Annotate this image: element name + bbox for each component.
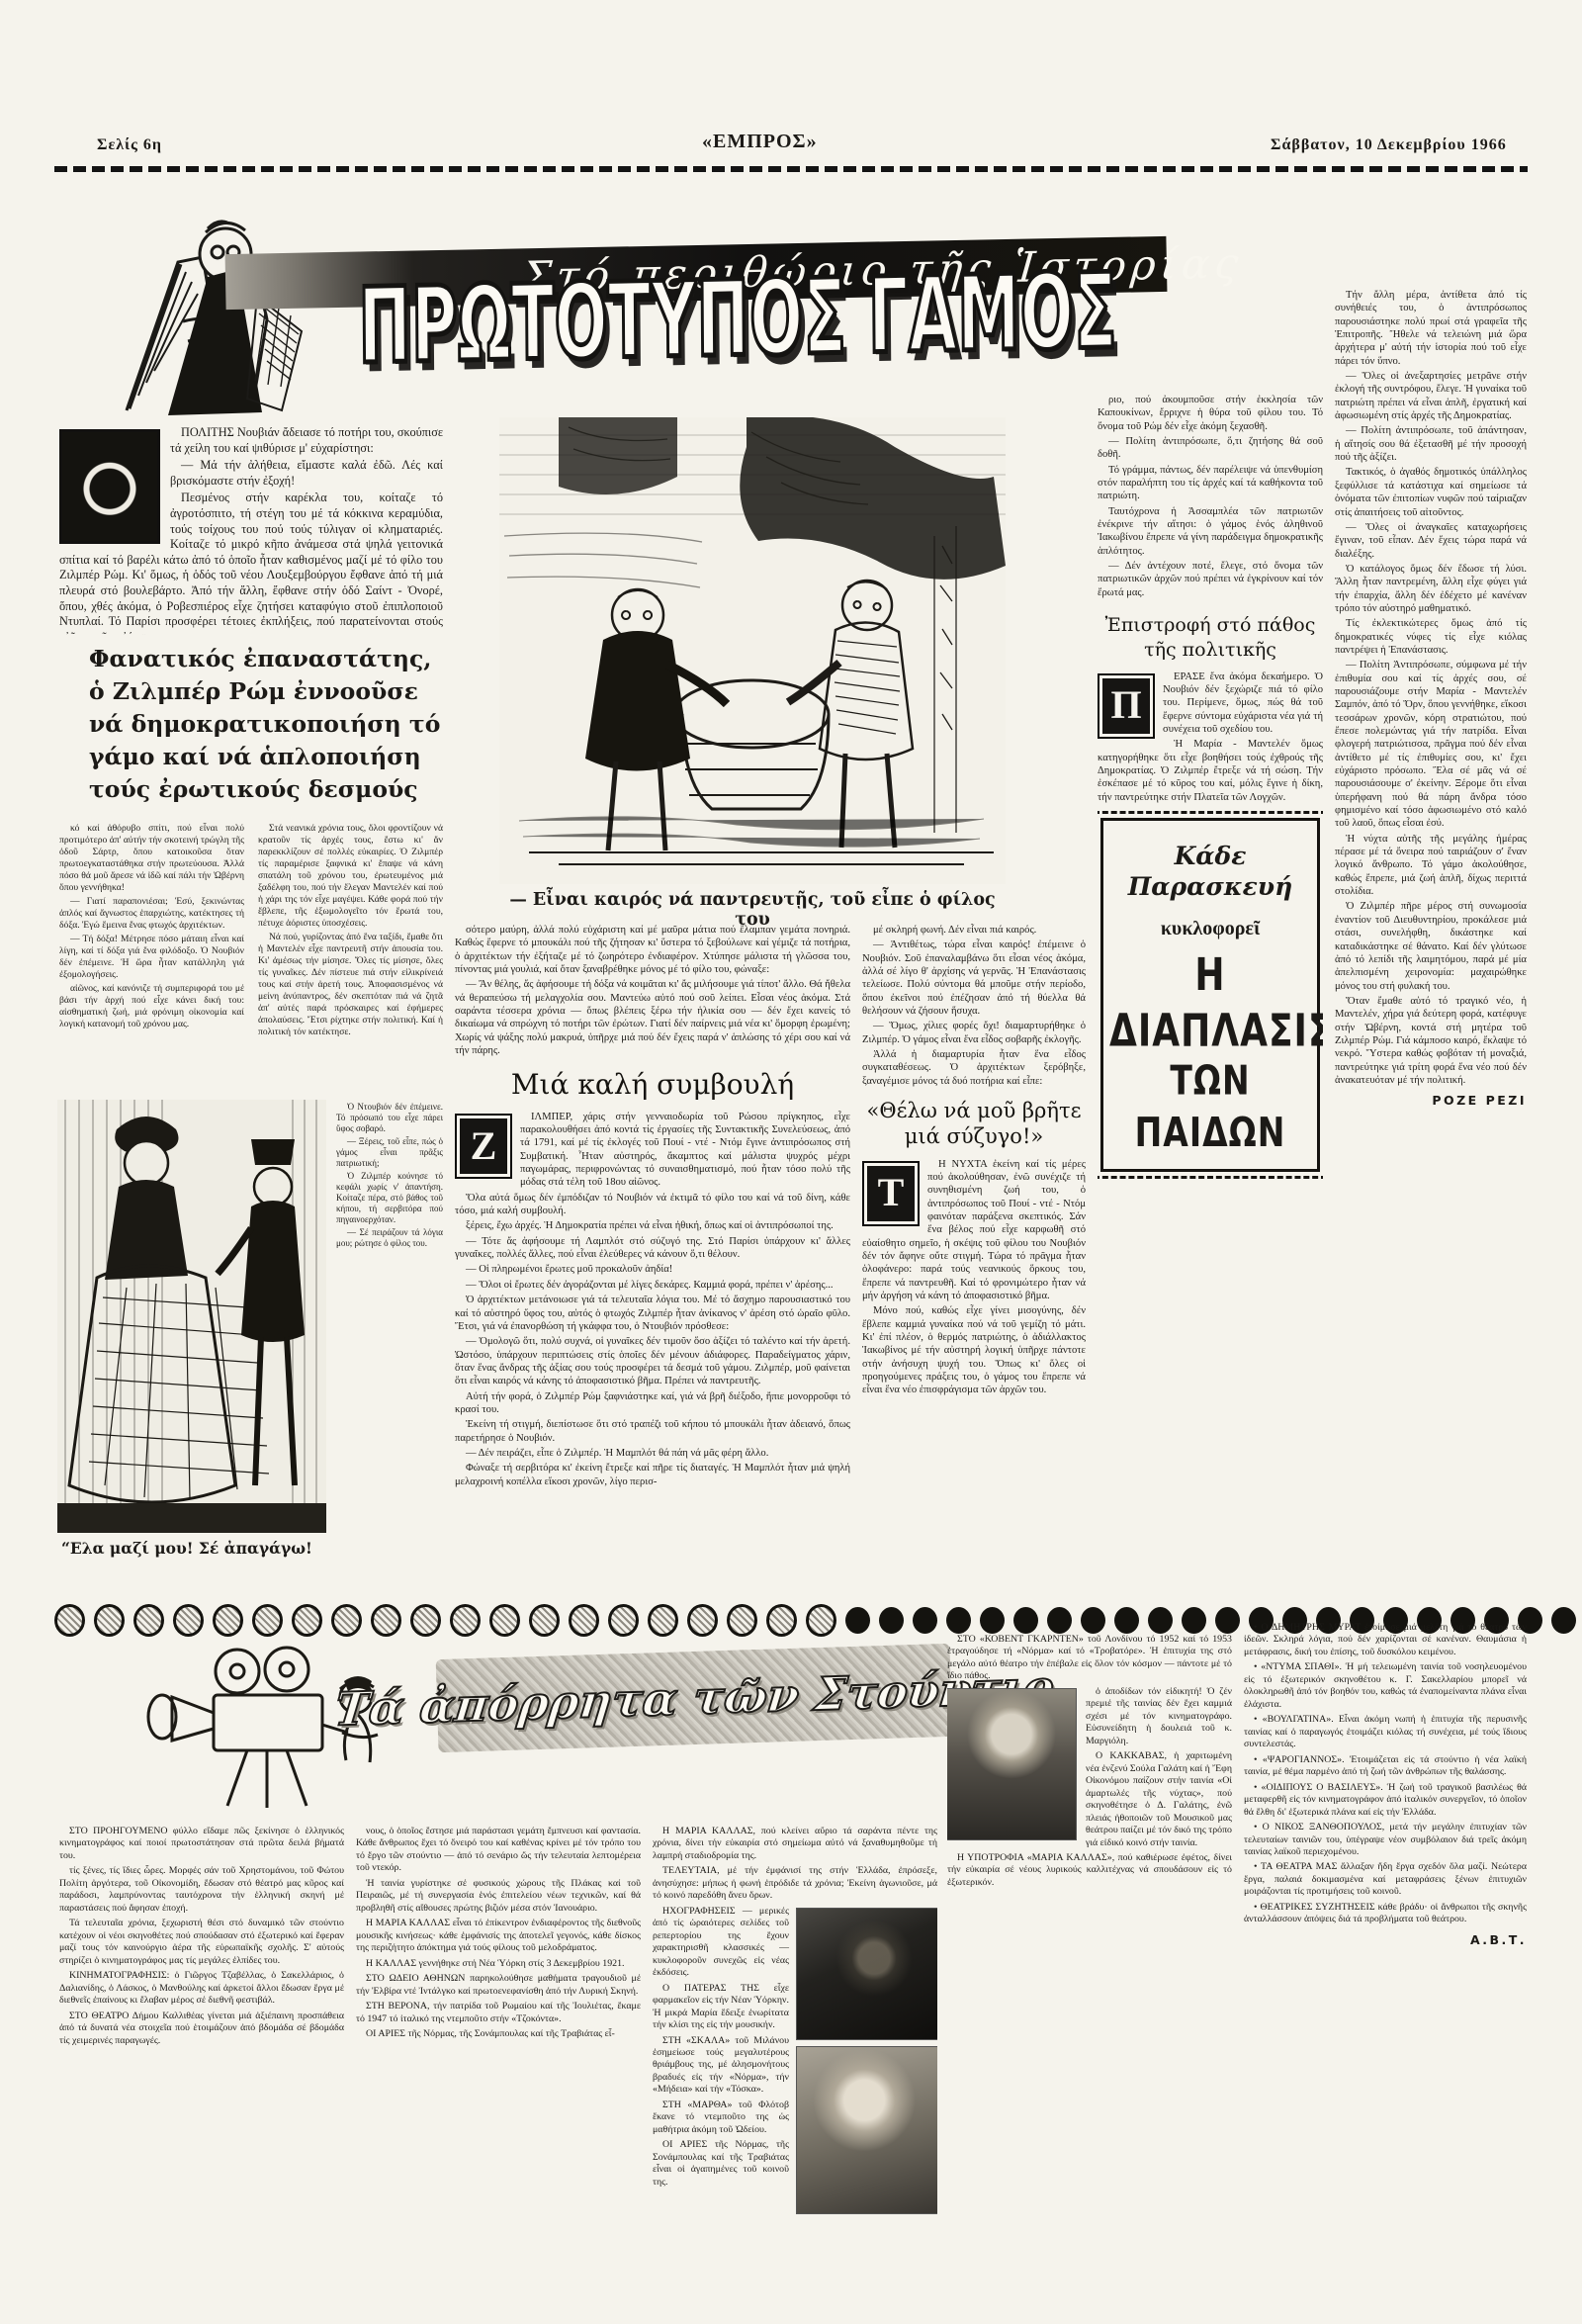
separator-dot [371, 1604, 401, 1637]
separator-dot [806, 1604, 836, 1637]
article-col3-top: μέ σκληρή φωνή. Δέν εἶναι πιά καιρός.— Ἀ… [862, 924, 1086, 1088]
subhead-politics: Ἐπιστροφή στό πάθος τῆς πολιτικῆς [1098, 613, 1323, 662]
main-headline-text: ΠΡΩΤΟΤΥΠΟΣ ΓΑΜΟΣ [358, 252, 990, 387]
dropcap-t: Τ [862, 1161, 920, 1226]
separator-dot [450, 1604, 481, 1637]
separator-dot [173, 1604, 204, 1637]
separator-dot [1215, 1607, 1240, 1634]
separator-dot [879, 1607, 904, 1634]
separator-dot [1013, 1607, 1038, 1634]
article-col1-side: Ὁ Ντουβιόν δέν ἐπέμεινε. Τό πρόσωπό του … [336, 1102, 443, 1533]
article-col2: σότερο μαύρη, ἀλλά πολύ εὐχάριστη καί μέ… [455, 924, 850, 1596]
studio-col3: Η ΜΑΡΙΑ ΚΑΛΛΑΣ, πού κλείνει αὔριο τά σαρ… [653, 1826, 937, 2306]
article-col5: Τήν ἄλλη μέρα, ἀντίθετα ἀπό τίς συνήθειέ… [1335, 289, 1527, 1584]
decorative-initial-block [59, 429, 160, 544]
studio-col3-text-a: Η ΜΑΡΙΑ ΚΑΛΛΑΣ, πού κλείνει αὔριο τά σαρ… [653, 1826, 937, 1903]
ad-line1: Κάδε Παρασκευή [1109, 841, 1311, 903]
separator-dot [608, 1604, 639, 1637]
studio-col5-text: • Ο ΔΗΜΗΤΡΗΣ ΜΥΡΑΤ ἑτοίμασε μιά μελέτη γ… [1244, 1622, 1527, 1926]
ad-line3: Η ΔΙΑΠΛΑΣΙΣ [1109, 948, 1311, 1060]
separator-dot [727, 1604, 757, 1637]
studio-col1: ΣΤΟ ΠΡΟΗΓΟΥΜΕΝΟ φύλλο εἴδαμε πῶς ξεκίνησ… [59, 1826, 344, 2306]
photo-soprano-portrait [797, 2047, 937, 2213]
subhead-advice: Μιά καλή συμβουλή [455, 1067, 850, 1102]
separator-dot [213, 1604, 243, 1637]
article-col3: μέ σκληρή φωνή. Δέν εἶναι πιά καιρός.— Ἀ… [862, 924, 1086, 1596]
separator-dot [252, 1604, 283, 1637]
couple-illustration [57, 1100, 326, 1533]
separator-dot [94, 1604, 125, 1637]
separator-dot [410, 1604, 441, 1637]
separator-dot [1047, 1607, 1072, 1634]
page-number-label: Σελίς 6η [97, 136, 162, 154]
separator-dot [1551, 1607, 1576, 1634]
article-col1-small: κό καί ἀθόρυβο σπίτι, πού εἶναι πολύ προ… [59, 823, 443, 1094]
separator-dot [946, 1607, 971, 1634]
separator-dot [766, 1604, 797, 1637]
article-col4: ριο, πού ἀκουμποῦσε στήν ἐκκλησία τῶν Κα… [1098, 394, 1323, 1596]
couple-caption: “Ελα μαζί μου! Σέ ἀπαγάγω! [61, 1539, 378, 1558]
separator-dot [1148, 1607, 1173, 1634]
separator-dot [292, 1604, 322, 1637]
article-col1: ΠΟΛΙΤΗΣ Νουβιάν ἄδειασε τό ποτήρι του, σ… [59, 425, 443, 635]
studio-byline: Α.Β.Τ. [1244, 1932, 1527, 1948]
separator-dot [687, 1604, 718, 1637]
date-label: Σάββατον, 10 Δεκεμβρίου 1966 [1271, 136, 1507, 154]
separator-dot [845, 1607, 870, 1634]
separator-dot [1182, 1607, 1206, 1634]
article-col2-top: σότερο μαύρη, ἀλλά πολύ εὐχάριστη καί μέ… [455, 924, 850, 1057]
studio-banner: Τά ἀπόρρητα τῶν Στούντιο [436, 1644, 953, 1752]
separator-dot [569, 1604, 599, 1637]
separator-dot [54, 1604, 85, 1637]
separator-dot [133, 1604, 164, 1637]
separator-dot [489, 1604, 520, 1637]
studio-col5: • Ο ΔΗΜΗΤΡΗΣ ΜΥΡΑΤ ἑτοίμασε μιά μελέτη γ… [1244, 1622, 1527, 2308]
masthead: «ΕΜΠΡΟΣ» [702, 131, 818, 153]
dropcap-p: Π [1098, 673, 1155, 739]
separator-dot [648, 1604, 678, 1637]
main-headline: ΠΡΩΤΟΤΥΠΟΣ ΓΑΜΟΣ [358, 265, 1109, 384]
separator-dot [529, 1604, 560, 1637]
separator-dot [1114, 1607, 1139, 1634]
ad-line2: κυκλοφορεῖ [1109, 917, 1311, 941]
studio-col2: νους, ὁ ὁποῖος ἔστησε μιά παράστασι γεμά… [356, 1826, 641, 2306]
subhead-wife: «Θέλω νά μοῦ βρῆτε μιά σύζυγο!» [862, 1098, 1086, 1150]
tavern-illustration [499, 417, 1006, 884]
photo-dark-portrait [797, 1909, 937, 2039]
article-col2-end: Ἐκείνη τή στιγμή, διεπίστωσε ὅτι στό τρα… [455, 1418, 850, 1488]
dropcap-z: Ζ [455, 1114, 512, 1179]
article-col5-text: Τήν ἄλλη μέρα, ἀντίθετα ἀπό τίς συνήθειέ… [1335, 289, 1527, 1087]
ad-line4: ΤΩΝ ΠΑΙΔΩΝ [1109, 1054, 1311, 1157]
diaplasis-ad: Κάδε Παρασκευή κυκλοφορεῖ Η ΔΙΑΠΛΑΣΙΣ ΤΩ… [1100, 818, 1320, 1172]
photo-actor-portrait [947, 1689, 1076, 1839]
reader-cartoon [109, 203, 321, 425]
studio-col4: ΣΤΟ «ΚΟΒΕΝΤ ΓΚΑΡΝΤΕΝ» τοῦ Λονδίνου τό 19… [947, 1634, 1232, 2306]
header-rule [54, 166, 1528, 172]
separator-dot [331, 1604, 362, 1637]
article-col2-mid: ξέρεις, ἔχω ἀρχές. Ἡ Δημοκρατία πρέπει ν… [455, 1219, 850, 1416]
article-col4-top: ριο, πού ἀκουμποῦσε στήν ἐκκλησία τῶν Κα… [1098, 394, 1323, 599]
article-standfirst: Φανατικός ἐπαναστάτης, ὁ Ζιλμπέρ Ρώμ ἐνν… [89, 643, 447, 809]
separator-dot [1081, 1607, 1105, 1634]
separator-dot [913, 1607, 937, 1634]
separator-dot [980, 1607, 1005, 1634]
article-byline: ΡΟΖΕ ΡΕΖΙ [1335, 1093, 1527, 1109]
article-col2-advice: ΙΛΜΠΕΡ, χάρις στήν γενναιοδωρία τοῦ Ρώσο… [455, 1111, 850, 1218]
studio-col4-text-a: ΣΤΟ «ΚΟΒΕΝΤ ΓΚΑΡΝΤΕΝ» τοῦ Λονδίνου τό 19… [947, 1634, 1232, 1683]
